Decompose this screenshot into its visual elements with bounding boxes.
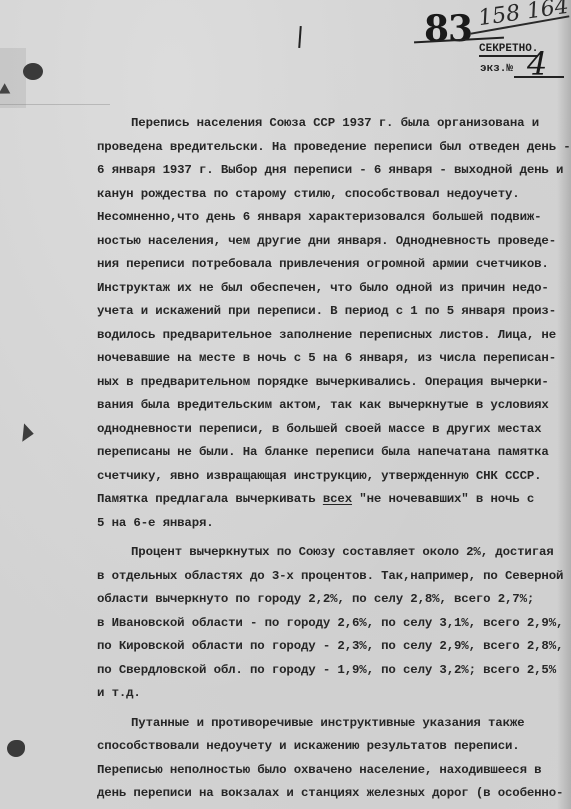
text-line: Несомненно,что день 6 января характеризо… <box>97 206 571 230</box>
text-line: по Свердловской обл. по городу - 1,9%, п… <box>97 659 571 683</box>
text-line: проведена вредительски. На проведение пе… <box>97 136 571 160</box>
text-line: ния переписи потребовала привлечения огр… <box>97 253 571 277</box>
text-line: вания была вредительским актом, так как … <box>97 394 571 418</box>
text-line: водилось предварительное заполнение пере… <box>97 324 571 348</box>
text-line: Перепись населения Союза ССР 1937 г. был… <box>97 112 571 136</box>
paragraph-2: Процент вычеркнутых по Союзу составляет … <box>97 541 571 706</box>
text-line: области вычеркнуто по городу 2,2%, по се… <box>97 588 571 612</box>
document-page: 83 158 164 СЕКРЕТНО. экз.№ 4 Перепись на… <box>0 0 571 809</box>
text-line: Инструктаж их не был обеспечен, что было… <box>97 277 571 301</box>
handwritten-page-one <box>298 26 302 48</box>
text-line: по Кировской области по городу - 2,3%, п… <box>97 635 571 659</box>
text-line: Переписью неполностью было охвачено насе… <box>97 759 571 783</box>
text-line: канун рождества по старому стилю, способ… <box>97 183 571 207</box>
text-line: и т.д. <box>97 682 571 706</box>
copy-number-underline <box>514 76 564 78</box>
copy-number-label: экз.№ <box>480 63 513 75</box>
text-line: 5 на 6-е января. <box>97 512 571 536</box>
document-body: Перепись населения Союза ССР 1937 г. был… <box>97 112 571 806</box>
paragraph-1: Перепись населения Союза ССР 1937 г. был… <box>97 112 571 535</box>
stamped-sheet-number: 83 <box>424 8 472 50</box>
text-line: день переписи на вокзалах и станциях жел… <box>97 782 571 806</box>
text-line: 6 января 1937 г. Выбор дня переписи - 6 … <box>97 159 571 183</box>
paper-tear-mark <box>14 422 33 441</box>
punch-hole-bottom <box>7 740 25 757</box>
text-line: счетчику, явно извращающая инструкцию, у… <box>97 465 571 489</box>
text-line: в отдельных областях до 3-х процентов. Т… <box>97 565 571 589</box>
text-fragment: "не ночевавших" в ночь с <box>352 492 534 506</box>
fold-line <box>0 104 110 105</box>
text-line: ночевавшие на месте в ночь с 5 на 6 янва… <box>97 347 571 371</box>
paragraph-3: Путанные и противоречивые инструктивные … <box>97 712 571 806</box>
margin-stain <box>0 48 26 108</box>
underlined-word: всех <box>323 492 352 506</box>
text-line: переписаны не были. На бланке переписи б… <box>97 441 571 465</box>
text-line: ных в предварительном порядке вычеркивал… <box>97 371 571 395</box>
text-line: Процент вычеркнутых по Союзу составляет … <box>97 541 571 565</box>
text-line: способствовали недоучету и искажению рез… <box>97 735 571 759</box>
text-line: Путанные и противоречивые инструктивные … <box>97 712 571 736</box>
text-line: учета и искажений при переписи. В период… <box>97 300 571 324</box>
text-line: ностью населения, чем другие дни января.… <box>97 230 571 254</box>
text-line: в Ивановской области - по городу 2,6%, п… <box>97 612 571 636</box>
punch-hole-top <box>23 63 43 80</box>
text-line: Памятка предлагала вычеркивать всех "не … <box>97 488 571 512</box>
text-line: однодневности переписи, в большей своей … <box>97 418 571 442</box>
text-fragment: Памятка предлагала вычеркивать <box>97 492 323 506</box>
